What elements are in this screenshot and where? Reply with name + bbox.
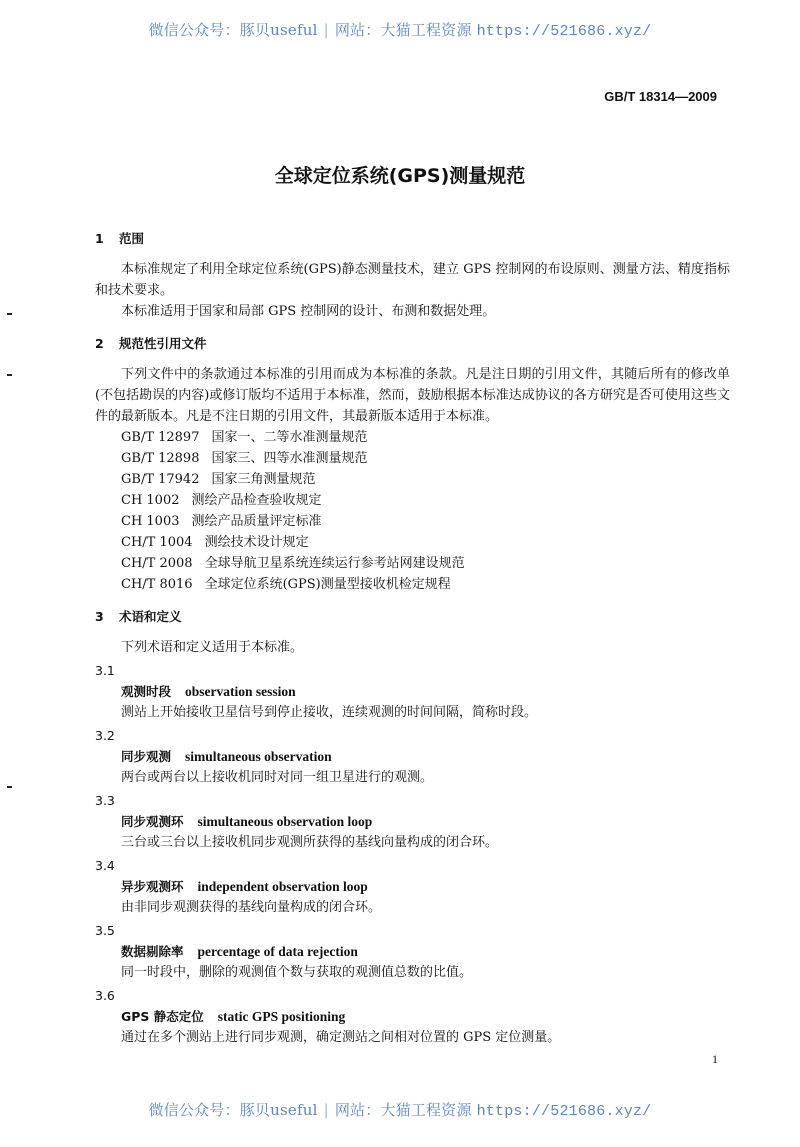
watermark-url[interactable]: https://521686.xyz/ — [477, 23, 652, 40]
term-number: 3.2 — [95, 725, 730, 746]
term-en: simultaneous observation — [185, 749, 332, 764]
paragraph: 下列术语和定义适用于本标准。 — [95, 637, 730, 658]
document-title: 全球定位系统(GPS)测量规范 — [0, 161, 800, 188]
section-heading: 2规范性引用文件 — [95, 333, 730, 354]
term-number: 3.5 — [95, 920, 730, 941]
term-en: observation session — [185, 684, 296, 699]
reference-item: GB/T 17942国家三角测量规范 — [121, 469, 730, 490]
reference-item: CH/T 1004测绘技术设计规定 — [121, 532, 730, 553]
reference-title: 测绘产品质量评定标准 — [192, 514, 322, 529]
section-heading: 1范围 — [95, 228, 730, 249]
section-number: 1 — [95, 228, 119, 249]
watermark-separator: | — [318, 21, 335, 39]
term-heading: 同步观测simultaneous observation — [95, 746, 730, 767]
term-zh: 数据剔除率 — [121, 944, 198, 959]
margin-mark — [7, 313, 12, 315]
watermark-wechat: 微信公众号：豚贝useful — [149, 1101, 318, 1119]
reference-title: 测绘产品检查验收规定 — [192, 493, 322, 508]
watermark-site: 网站：大猫工程资源 — [335, 1101, 472, 1119]
watermark-bottom: 微信公众号：豚贝useful|网站：大猫工程资源 https://521686.… — [0, 1099, 800, 1120]
term-zh: 同步观测环 — [121, 814, 198, 829]
term-zh: 同步观测 — [121, 749, 185, 764]
term-zh: 观测时段 — [121, 684, 185, 699]
reference-title: 国家三、四等水准测量规范 — [211, 451, 367, 466]
term-en: percentage of data rejection — [198, 944, 358, 959]
term-definition: 同一时段中，删除的观测值个数与获取的观测值总数的比值。 — [95, 962, 730, 983]
section-title: 范围 — [119, 231, 144, 246]
reference-title: 全球定位系统(GPS)测量型接收机检定规程 — [205, 577, 451, 592]
term-en: static GPS positioning — [218, 1009, 346, 1024]
watermark-separator: | — [318, 1101, 335, 1119]
watermark-wechat: 微信公众号：豚贝useful — [149, 21, 318, 39]
section-title: 规范性引用文件 — [119, 336, 207, 351]
watermark-top: 微信公众号：豚贝useful|网站：大猫工程资源 https://521686.… — [0, 19, 800, 40]
term-entry: 3.6 GPS 静态定位static GPS positioning 通过在多个… — [95, 985, 730, 1048]
term-entry: 3.1 观测时段observation session 测站上开始接收卫星信号到… — [95, 660, 730, 723]
reference-item: CH/T 8016全球定位系统(GPS)测量型接收机检定规程 — [121, 574, 730, 595]
section-title: 术语和定义 — [119, 609, 182, 624]
term-definition: 通过在多个测站上进行同步观测，确定测站之间相对位置的 GPS 定位测量。 — [95, 1027, 730, 1048]
term-heading: 同步观测环simultaneous observation loop — [95, 811, 730, 832]
term-number: 3.4 — [95, 855, 730, 876]
term-number: 3.6 — [95, 985, 730, 1006]
reference-title: 国家一、二等水准测量规范 — [211, 430, 367, 445]
section-number: 2 — [95, 333, 119, 354]
reference-code: GB/T 17942 — [121, 469, 211, 490]
watermark-url[interactable]: https://521686.xyz/ — [477, 1103, 652, 1120]
term-definition: 三台或三台以上接收机同步观测所获得的基线向量构成的闭合环。 — [95, 832, 730, 853]
section-heading: 3术语和定义 — [95, 606, 730, 627]
term-definition: 两台或两台以上接收机同时对同一组卫星进行的观测。 — [95, 767, 730, 788]
term-en: simultaneous observation loop — [198, 814, 373, 829]
watermark-site: 网站：大猫工程资源 — [335, 21, 472, 39]
reference-code: CH 1002 — [121, 490, 192, 511]
term-heading: GPS 静态定位static GPS positioning — [95, 1006, 730, 1027]
paragraph: 本标准适用于国家和局部 GPS 控制网的设计、布测和数据处理。 — [95, 301, 730, 322]
term-entry: 3.5 数据剔除率percentage of data rejection 同一… — [95, 920, 730, 983]
reference-item: GB/T 12897国家一、二等水准测量规范 — [121, 427, 730, 448]
reference-list: GB/T 12897国家一、二等水准测量规范 GB/T 12898国家三、四等水… — [95, 427, 730, 595]
reference-item: GB/T 12898国家三、四等水准测量规范 — [121, 448, 730, 469]
term-zh: 异步观测环 — [121, 879, 198, 894]
reference-item: CH/T 2008全球导航卫星系统连续运行参考站网建设规范 — [121, 553, 730, 574]
margin-mark — [7, 374, 12, 376]
section-normative-references: 2规范性引用文件 下列文件中的条款通过本标准的引用而成为本标准的条款。凡是注日期… — [95, 333, 730, 595]
term-heading: 异步观测环independent observation loop — [95, 876, 730, 897]
reference-title: 国家三角测量规范 — [211, 472, 315, 487]
document-body: 1范围 本标准规定了利用全球定位系统(GPS)静态测量技术，建立 GPS 控制网… — [95, 228, 730, 1048]
term-number: 3.1 — [95, 660, 730, 681]
term-entry: 3.2 同步观测simultaneous observation 两台或两台以上… — [95, 725, 730, 788]
reference-code: CH/T 1004 — [121, 532, 205, 553]
reference-code: CH/T 2008 — [121, 553, 205, 574]
reference-item: CH 1003测绘产品质量评定标准 — [121, 511, 730, 532]
reference-title: 全球导航卫星系统连续运行参考站网建设规范 — [205, 556, 465, 571]
term-definition: 测站上开始接收卫星信号到停止接收，连续观测的时间间隔，简称时段。 — [95, 702, 730, 723]
paragraph: 下列文件中的条款通过本标准的引用而成为本标准的条款。凡是注日期的引用文件，其随后… — [95, 364, 730, 427]
section-number: 3 — [95, 606, 119, 627]
reference-item: CH 1002测绘产品检查验收规定 — [121, 490, 730, 511]
term-number: 3.3 — [95, 790, 730, 811]
reference-code: CH 1003 — [121, 511, 192, 532]
section-scope: 1范围 本标准规定了利用全球定位系统(GPS)静态测量技术，建立 GPS 控制网… — [95, 228, 730, 322]
term-heading: 数据剔除率percentage of data rejection — [95, 941, 730, 962]
reference-code: GB/T 12897 — [121, 427, 211, 448]
term-definition: 由非同步观测获得的基线向量构成的闭合环。 — [95, 897, 730, 918]
reference-title: 测绘技术设计规定 — [205, 535, 309, 550]
term-zh: GPS 静态定位 — [121, 1009, 218, 1024]
reference-code: CH/T 8016 — [121, 574, 205, 595]
reference-code: GB/T 12898 — [121, 448, 211, 469]
term-entry: 3.3 同步观测环simultaneous observation loop 三… — [95, 790, 730, 853]
term-heading: 观测时段observation session — [95, 681, 730, 702]
margin-mark — [7, 786, 12, 788]
term-en: independent observation loop — [198, 879, 368, 894]
section-terms-definitions: 3术语和定义 下列术语和定义适用于本标准。 3.1 观测时段observatio… — [95, 606, 730, 1048]
term-entry: 3.4 异步观测环independent observation loop 由非… — [95, 855, 730, 918]
page-number: 1 — [712, 1052, 718, 1067]
paragraph: 本标准规定了利用全球定位系统(GPS)静态测量技术，建立 GPS 控制网的布设原… — [95, 259, 730, 301]
standard-code: GB/T 18314—2009 — [604, 89, 717, 104]
